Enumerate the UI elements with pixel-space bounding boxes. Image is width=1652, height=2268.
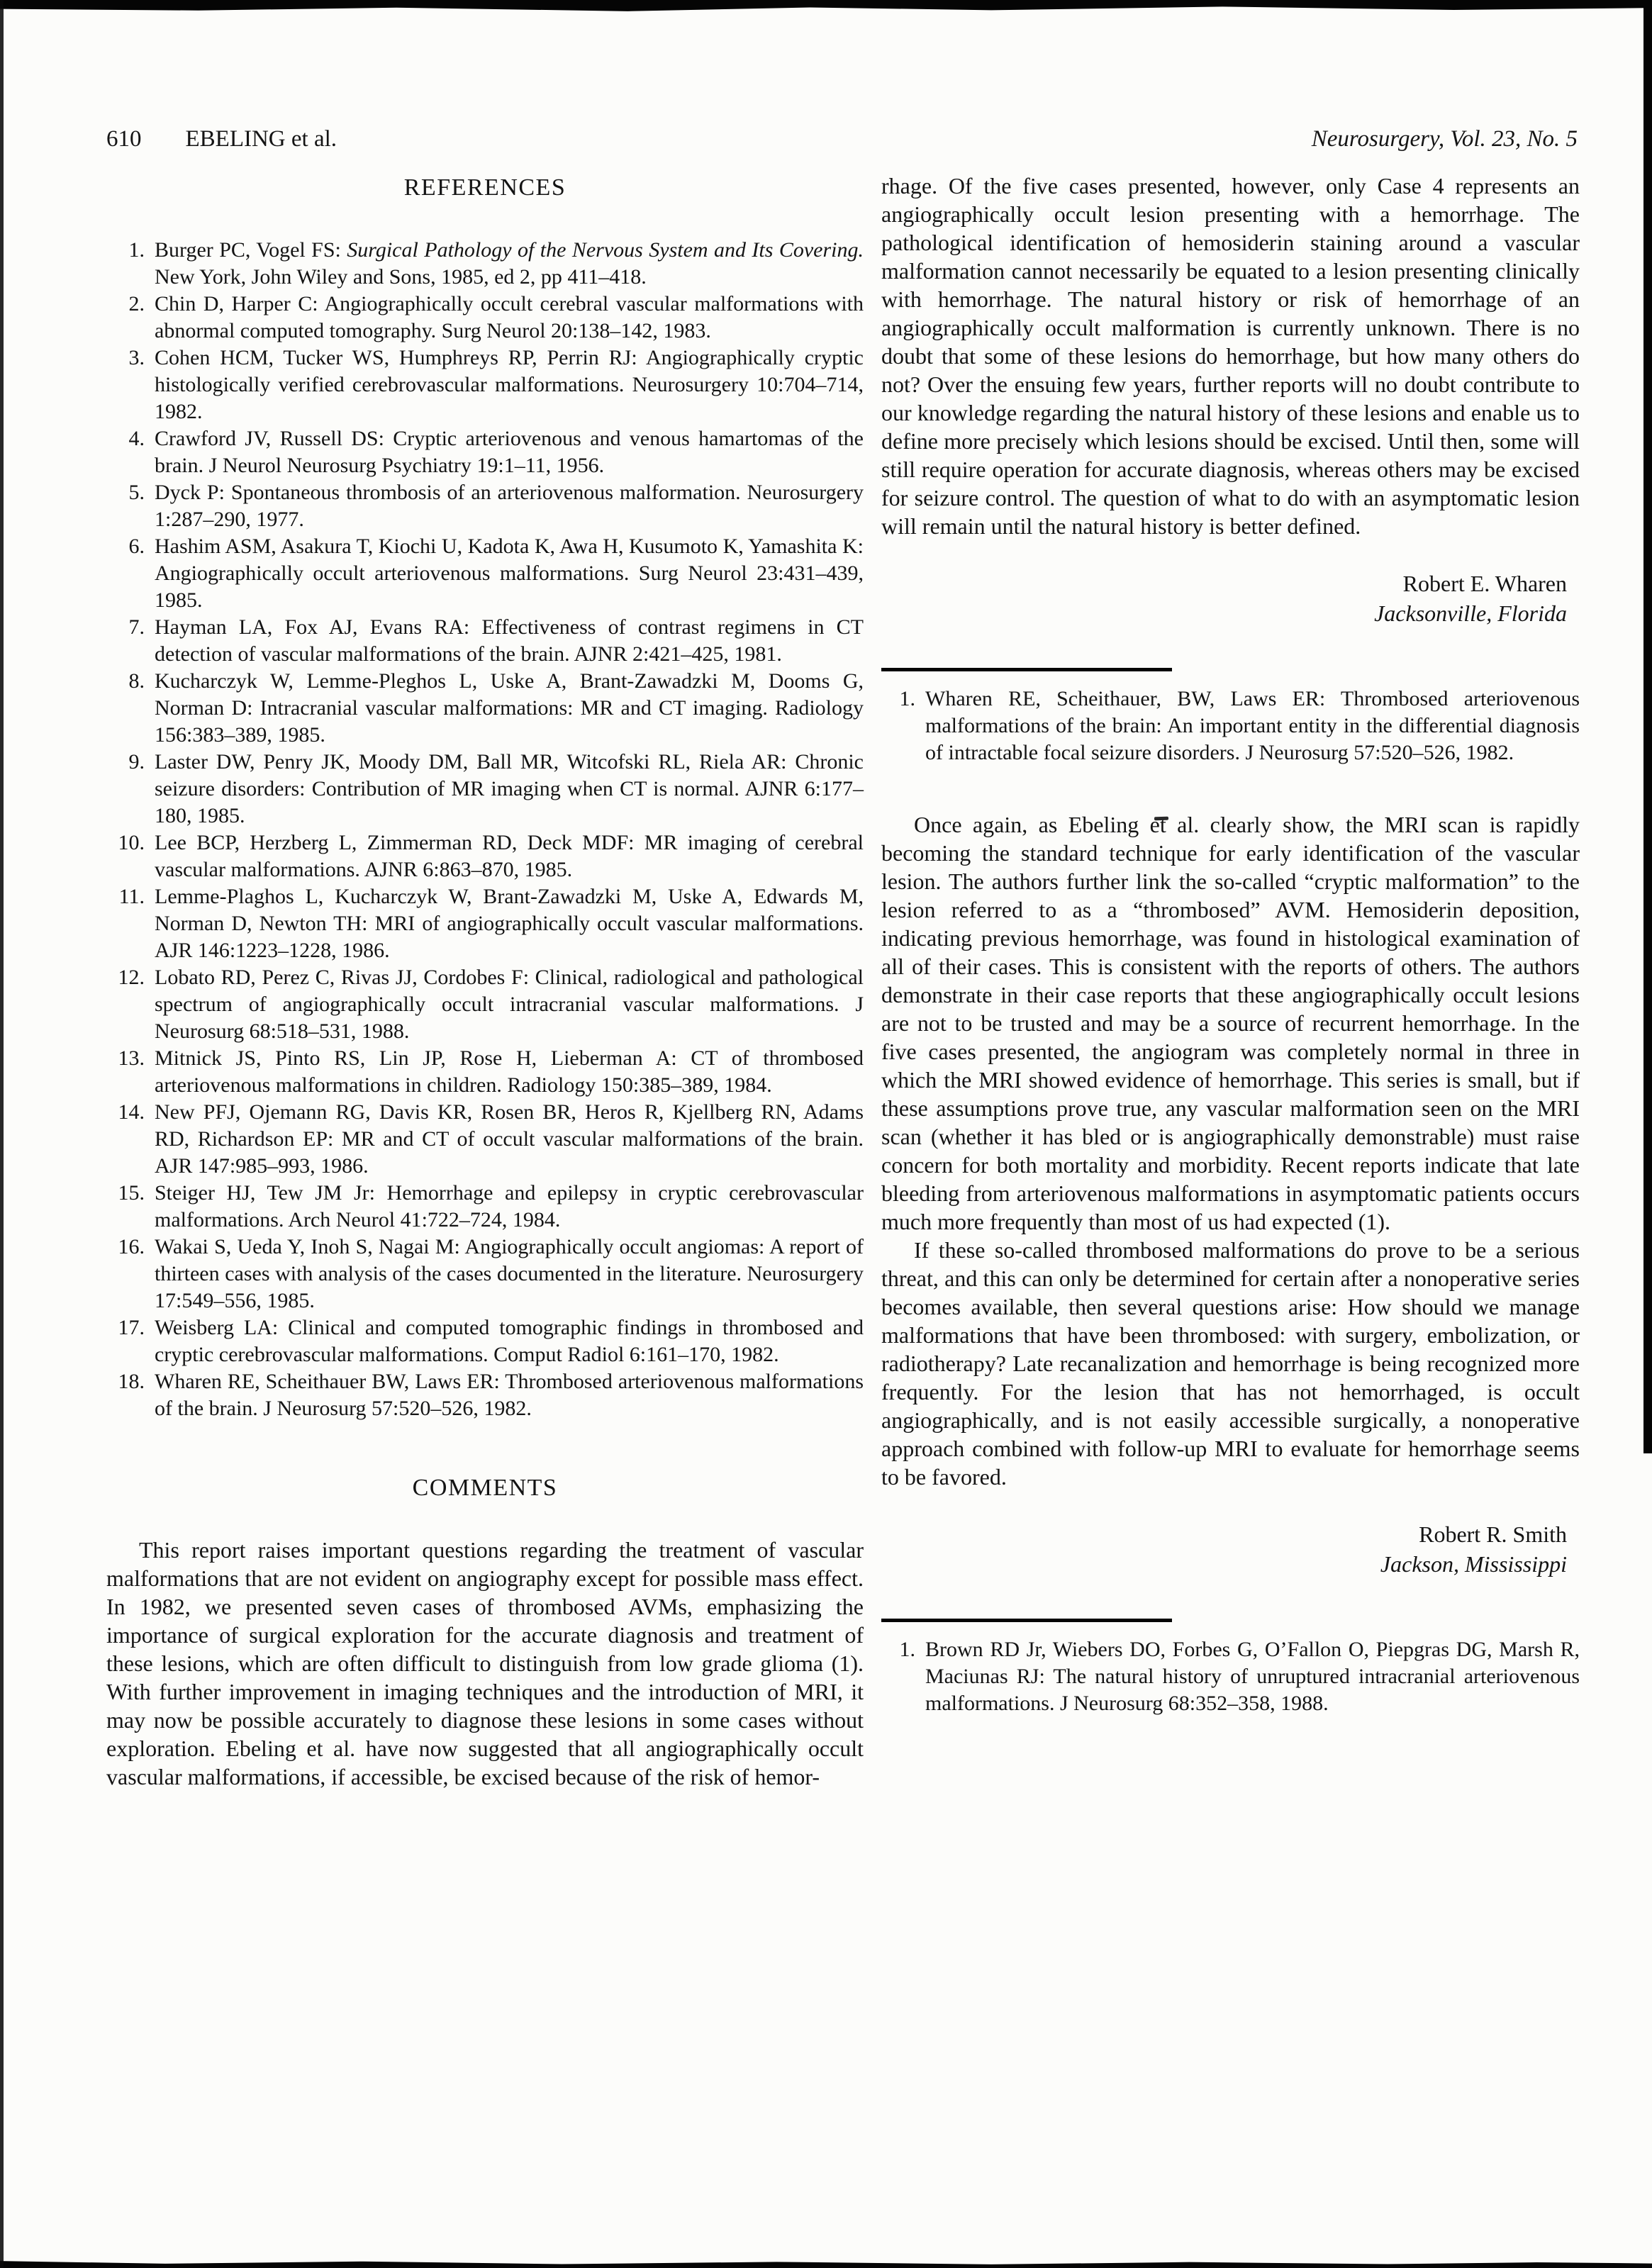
footnote-text: Brown RD Jr, Wiebers DO, Forbes G, O’Fal… [925, 1636, 1580, 1717]
reference-text-pre: Kucharczyk W, Lemme-Pleghos L, Uske A, B… [155, 669, 864, 747]
reference-number: 14. [106, 1099, 155, 1180]
running-authors: EBELING et al. [186, 126, 337, 152]
reference-text-pre: New PFJ, Ojemann RG, Davis KR, Rosen BR,… [155, 1100, 864, 1178]
reference-number: 1. [106, 237, 155, 291]
footnote-rule [881, 1619, 1172, 1622]
reference-number: 3. [106, 345, 155, 425]
page-header: 610 EBELING et al. Neurosurgery, Vol. 23… [106, 126, 1578, 152]
scan-artifact-right-line [1643, 0, 1652, 1453]
reference-item: 2. Chin D, Harper C: Angiographically oc… [106, 291, 864, 345]
reference-item: 3. Cohen HCM, Tucker WS, Humphreys RP, P… [106, 345, 864, 425]
footnote-brown: 1. Brown RD Jr, Wiebers DO, Forbes G, O’… [881, 1636, 1580, 1717]
reference-text-pre: Lobato RD, Perez C, Rivas JJ, Cordobes F… [155, 966, 864, 1043]
reference-number: 15. [106, 1180, 155, 1234]
reference-item: 6. Hashim ASM, Asakura T, Kiochi U, Kado… [106, 533, 864, 614]
reference-text: Burger PC, Vogel FS: Surgical Pathology … [155, 237, 864, 291]
footnote-number: 1. [881, 686, 925, 766]
reference-text: Weisberg LA: Clinical and computed tomog… [155, 1314, 864, 1368]
scan-artifact-left-line [0, 0, 4, 2268]
reference-text-pre: Lemme-Plaghos L, Kucharczyk W, Brant-Zaw… [155, 885, 864, 962]
journal-reference: Neurosurgery, Vol. 23, No. 5 [1312, 126, 1578, 152]
reference-text: Laster DW, Penry JK, Moody DM, Ball MR, … [155, 749, 864, 829]
reference-text-pre: Wharen RE, Scheithauer BW, Laws ER: Thro… [155, 1370, 864, 1420]
signature-name: Robert E. Wharen [881, 569, 1567, 598]
right-column: rhage. Of the five cases presented, howe… [881, 172, 1580, 1717]
reference-number: 17. [106, 1314, 155, 1368]
left-column: REFERENCES 1. Burger PC, Vogel FS: Surgi… [106, 169, 864, 1791]
reference-text-pre: Hashim ASM, Asakura T, Kiochi U, Kadota … [155, 535, 864, 612]
reference-text: Dyck P: Spontaneous thrombosis of an art… [155, 479, 864, 533]
scan-artifact-bottom-bar [0, 2257, 1652, 2268]
reference-item: 1. Burger PC, Vogel FS: Surgical Patholo… [106, 237, 864, 291]
comments-heading: COMMENTS [106, 1475, 864, 1502]
reference-item: 9. Laster DW, Penry JK, Moody DM, Ball M… [106, 749, 864, 829]
signature-smith: Robert R. Smith Jackson, Mississippi [881, 1519, 1580, 1579]
reference-number: 12. [106, 964, 155, 1045]
reference-text-pre: Laster DW, Penry JK, Moody DM, Ball MR, … [155, 750, 864, 827]
reference-text-pre: Cohen HCM, Tucker WS, Humphreys RP, Perr… [155, 346, 864, 423]
reference-item: 7. Hayman LA, Fox AJ, Evans RA: Effectiv… [106, 614, 864, 668]
reference-text-italic: Surgical Pathology of the Nervous System… [347, 238, 864, 262]
reference-item: 10. Lee BCP, Herzberg L, Zimmerman RD, D… [106, 829, 864, 883]
reference-text: Steiger HJ, Tew JM Jr: Hemorrhage and ep… [155, 1180, 864, 1234]
page-number: 610 [106, 126, 142, 152]
reference-text-pre: Steiger HJ, Tew JM Jr: Hemorrhage and ep… [155, 1181, 864, 1231]
reference-item: 14. New PFJ, Ojemann RG, Davis KR, Rosen… [106, 1099, 864, 1180]
reference-text: Hayman LA, Fox AJ, Evans RA: Effectivene… [155, 614, 864, 668]
reference-number: 10. [106, 829, 155, 883]
reference-number: 8. [106, 668, 155, 749]
comments-paragraph: This report raises important questions r… [106, 1536, 864, 1791]
reference-number: 7. [106, 614, 155, 668]
reference-text-post: New York, John Wiley and Sons, 1985, ed … [155, 265, 647, 289]
reference-text-pre: Burger PC, Vogel FS: [155, 238, 347, 262]
reference-item: 12. Lobato RD, Perez C, Rivas JJ, Cordob… [106, 964, 864, 1045]
reference-item: 16. Wakai S, Ueda Y, Inoh S, Nagai M: An… [106, 1234, 864, 1314]
reference-text: Crawford JV, Russell DS: Cryptic arterio… [155, 425, 864, 479]
reference-item: 8. Kucharczyk W, Lemme-Pleghos L, Uske A… [106, 668, 864, 749]
page-header-left: 610 EBELING et al. [106, 126, 337, 152]
signature-location: Jackson, Mississippi [881, 1549, 1567, 1579]
reference-text: Wharen RE, Scheithauer BW, Laws ER: Thro… [155, 1368, 864, 1422]
reference-item: 17. Weisberg LA: Clinical and computed t… [106, 1314, 864, 1368]
reference-text: Lemme-Plaghos L, Kucharczyk W, Brant-Zaw… [155, 883, 864, 964]
signature-wharen: Robert E. Wharen Jacksonville, Florida [881, 569, 1580, 628]
reference-text-pre: Crawford JV, Russell DS: Cryptic arterio… [155, 427, 864, 477]
reference-text: Kucharczyk W, Lemme-Pleghos L, Uske A, B… [155, 668, 864, 749]
reference-number: 9. [106, 749, 155, 829]
reference-item: 18. Wharen RE, Scheithauer BW, Laws ER: … [106, 1368, 864, 1422]
comment-paragraph-2: Once again, as Ebeling et al. clearly sh… [881, 810, 1580, 1236]
reference-text-pre: Dyck P: Spontaneous thrombosis of an art… [155, 481, 864, 531]
reference-text-pre: Chin D, Harper C: Angiographically occul… [155, 292, 864, 342]
signature-location: Jacksonville, Florida [881, 598, 1567, 628]
reference-text: Cohen HCM, Tucker WS, Humphreys RP, Perr… [155, 345, 864, 425]
reference-item: 5. Dyck P: Spontaneous thrombosis of an … [106, 479, 864, 533]
references-list: 1. Burger PC, Vogel FS: Surgical Patholo… [106, 237, 864, 1422]
reference-text: Chin D, Harper C: Angiographically occul… [155, 291, 864, 345]
comment-paragraph-3: If these so-called thrombosed malformati… [881, 1236, 1580, 1491]
footnote-rule [881, 668, 1172, 671]
reference-item: 11. Lemme-Plaghos L, Kucharczyk W, Brant… [106, 883, 864, 964]
footnote-wharen: 1. Wharen RE, Scheithauer, BW, Laws ER: … [881, 686, 1580, 766]
scan-artifact-top-bar [0, 0, 1652, 13]
reference-number: 16. [106, 1234, 155, 1314]
references-heading: REFERENCES [106, 174, 864, 201]
reference-text: New PFJ, Ojemann RG, Davis KR, Rosen BR,… [155, 1099, 864, 1180]
reference-item: 4. Crawford JV, Russell DS: Cryptic arte… [106, 425, 864, 479]
reference-text: Lobato RD, Perez C, Rivas JJ, Cordobes F… [155, 964, 864, 1045]
reference-text-pre: Mitnick JS, Pinto RS, Lin JP, Rose H, Li… [155, 1046, 864, 1097]
reference-text-pre: Lee BCP, Herzberg L, Zimmerman RD, Deck … [155, 831, 864, 881]
reference-text-pre: Weisberg LA: Clinical and computed tomog… [155, 1316, 864, 1366]
signature-name: Robert R. Smith [881, 1519, 1567, 1549]
reference-number: 2. [106, 291, 155, 345]
reference-item: 13. Mitnick JS, Pinto RS, Lin JP, Rose H… [106, 1045, 864, 1099]
footnote-text: Wharen RE, Scheithauer, BW, Laws ER: Thr… [925, 686, 1580, 766]
reference-number: 13. [106, 1045, 155, 1099]
reference-text: Lee BCP, Herzberg L, Zimmerman RD, Deck … [155, 829, 864, 883]
footnote-number: 1. [881, 1636, 925, 1717]
continuation-paragraph: rhage. Of the five cases presented, howe… [881, 172, 1580, 540]
reference-text-pre: Hayman LA, Fox AJ, Evans RA: Effectivene… [155, 615, 864, 666]
reference-number: 11. [106, 883, 155, 964]
reference-item: 15. Steiger HJ, Tew JM Jr: Hemorrhage an… [106, 1180, 864, 1234]
journal-page: 610 EBELING et al. Neurosurgery, Vol. 23… [0, 0, 1652, 2268]
reference-number: 18. [106, 1368, 155, 1422]
reference-text: Mitnick JS, Pinto RS, Lin JP, Rose H, Li… [155, 1045, 864, 1099]
reference-text: Hashim ASM, Asakura T, Kiochi U, Kadota … [155, 533, 864, 614]
reference-number: 6. [106, 533, 155, 614]
reference-number: 4. [106, 425, 155, 479]
reference-text-pre: Wakai S, Ueda Y, Inoh S, Nagai M: Angiog… [155, 1235, 864, 1312]
reference-text: Wakai S, Ueda Y, Inoh S, Nagai M: Angiog… [155, 1234, 864, 1314]
reference-number: 5. [106, 479, 155, 533]
